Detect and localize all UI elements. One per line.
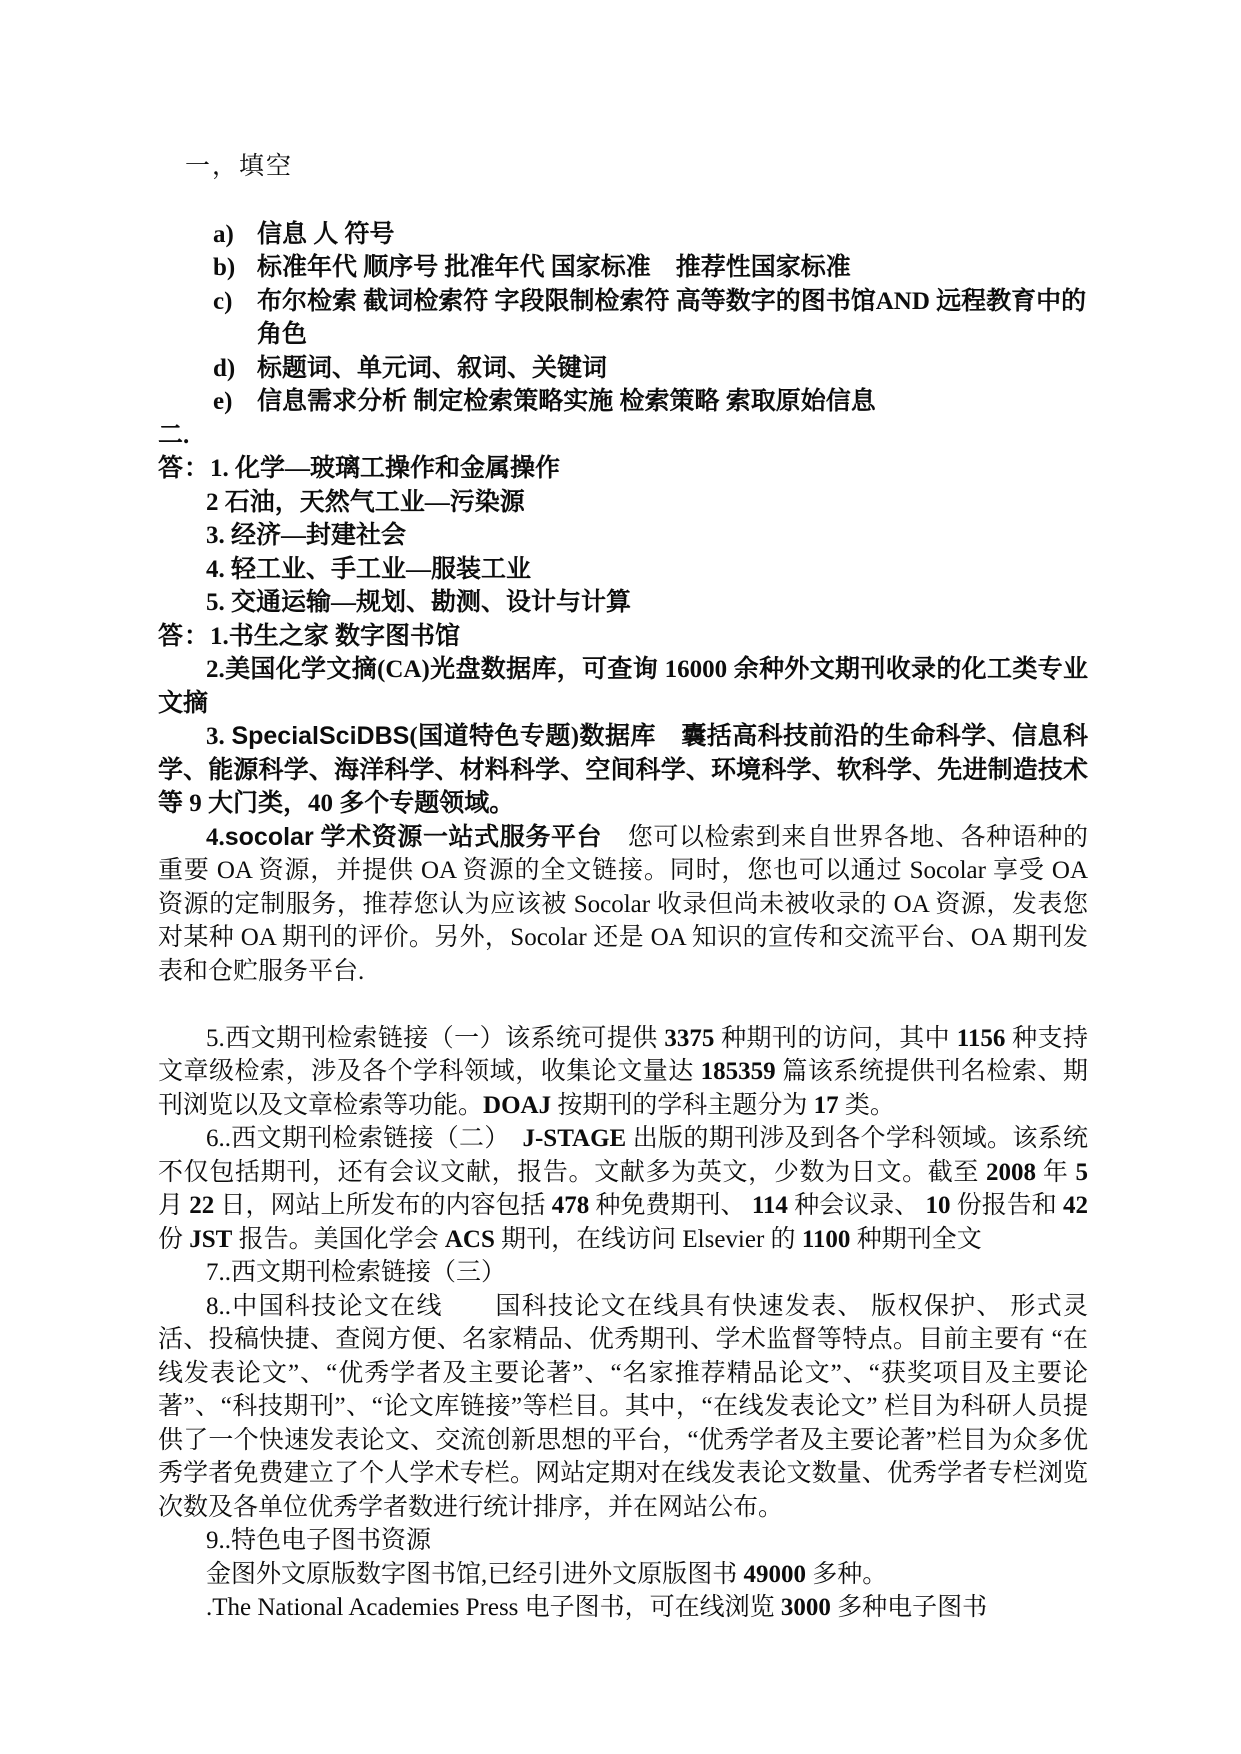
item-label: e) [213, 385, 257, 419]
paragraph-ca-database: 2.美国化学文摘(CA)光盘数据库，可查询 16000 余种外文期刊收录的化工类… [158, 653, 1088, 720]
fill-blank-item-d: d) 标题词、单元词、叙词、关键词 [158, 352, 1088, 386]
answer-block-1: 答：1. 化学—玻璃工操作和金属操作 2 石油，天然气工业—污染源 3. 经济—… [158, 452, 1088, 620]
answer-2-line-1: 答：1.书生之家 数字图书馆 [158, 620, 1088, 654]
answer-block-2: 答：1.书生之家 数字图书馆 2.美国化学文摘(CA)光盘数据库，可查询 160… [158, 620, 1088, 1625]
blank-line [158, 988, 1088, 1022]
item-label: b) [213, 251, 257, 285]
paragraph-western-journal-link-2: 6..西文期刊检索链接（二） J-STAGE 出版的期刊涉及到各个学科领域。该系… [158, 1122, 1088, 1256]
answer-prefix: 答： [158, 455, 210, 482]
fill-blank-item-c: c) 布尔检索 截词检索符 字段限制检索符 高等数字的图书馆AND 远程教育中的… [158, 285, 1088, 352]
section-two-label: 二. [158, 419, 1088, 453]
fill-blank-item-e: e) 信息需求分析 制定检索策略实施 检索策略 索取原始信息 [158, 385, 1088, 419]
paragraph-national-academies-press: .The National Academies Press 电子图书，可在线浏览… [158, 1591, 1088, 1625]
fill-blank-item-a: a) 信息 人 符号 [158, 218, 1088, 252]
item-label: c) [213, 285, 257, 352]
paragraph-special-ebook-resources: 9..特色电子图书资源 [158, 1524, 1088, 1558]
answer-item: 4. 轻工业、手工业—服装工业 [158, 553, 1088, 587]
document-page: 一，填空 a) 信息 人 符号 b) 标准年代 顺序号 批准年代 国家标准 推荐… [0, 0, 1241, 1754]
answer-item-text: 1. 化学—玻璃工操作和金属操作 [210, 455, 560, 482]
paragraph-china-sci-papers-online: 8..中国科技论文在线 国科技论文在线具有快速发表、 版权保护、 形式灵活、投稿… [158, 1290, 1088, 1525]
item-text: 标题词、单元词、叙词、关键词 [257, 352, 1088, 386]
doc-title: 一，填空 [158, 150, 1088, 184]
answer-item-text: 1.书生之家 数字图书馆 [210, 623, 460, 650]
answer-prefix: 答： [158, 623, 210, 650]
fill-blank-item-b: b) 标准年代 顺序号 批准年代 国家标准 推荐性国家标准 [158, 251, 1088, 285]
item-text: 布尔检索 截词检索符 字段限制检索符 高等数字的图书馆AND 远程教育中的角色 [257, 285, 1088, 352]
answer-item: 5. 交通运输—规划、勘测、设计与计算 [158, 586, 1088, 620]
item-text: 标准年代 顺序号 批准年代 国家标准 推荐性国家标准 [257, 251, 1088, 285]
answer-1-line-1: 答：1. 化学—玻璃工操作和金属操作 [158, 452, 1088, 486]
paragraph-socolar: 4.socolar 学术资源一站式服务平台 您可以检索到来自世界各地、各种语种的… [158, 821, 1088, 989]
paragraph-western-journal-link-1: 5.西文期刊检索链接（一）该系统可提供 3375 种期刊的访问，其中 1156 … [158, 1022, 1088, 1123]
answer-item: 3. 经济—封建社会 [158, 519, 1088, 553]
item-text: 信息 人 符号 [257, 218, 1088, 252]
item-label: a) [213, 218, 257, 252]
fill-blank-list: a) 信息 人 符号 b) 标准年代 顺序号 批准年代 国家标准 推荐性国家标准… [158, 218, 1088, 419]
answer-item: 2 石油，天然气工业—污染源 [158, 486, 1088, 520]
item-label: d) [213, 352, 257, 386]
item-text: 信息需求分析 制定检索策略实施 检索策略 索取原始信息 [257, 385, 1088, 419]
document-content: 一，填空 a) 信息 人 符号 b) 标准年代 顺序号 批准年代 国家标准 推荐… [158, 150, 1088, 1625]
paragraph-jintu-ebooks: 金图外文原版数字图书馆,已经引进外文原版图书 49000 多种。 [158, 1558, 1088, 1592]
paragraph-specialscidbs: 3. SpecialSciDBS(国道特色专题)数据库 囊括高科技前沿的生命科学… [158, 720, 1088, 821]
paragraph-western-journal-link-3: 7..西文期刊检索链接（三） [158, 1256, 1088, 1290]
